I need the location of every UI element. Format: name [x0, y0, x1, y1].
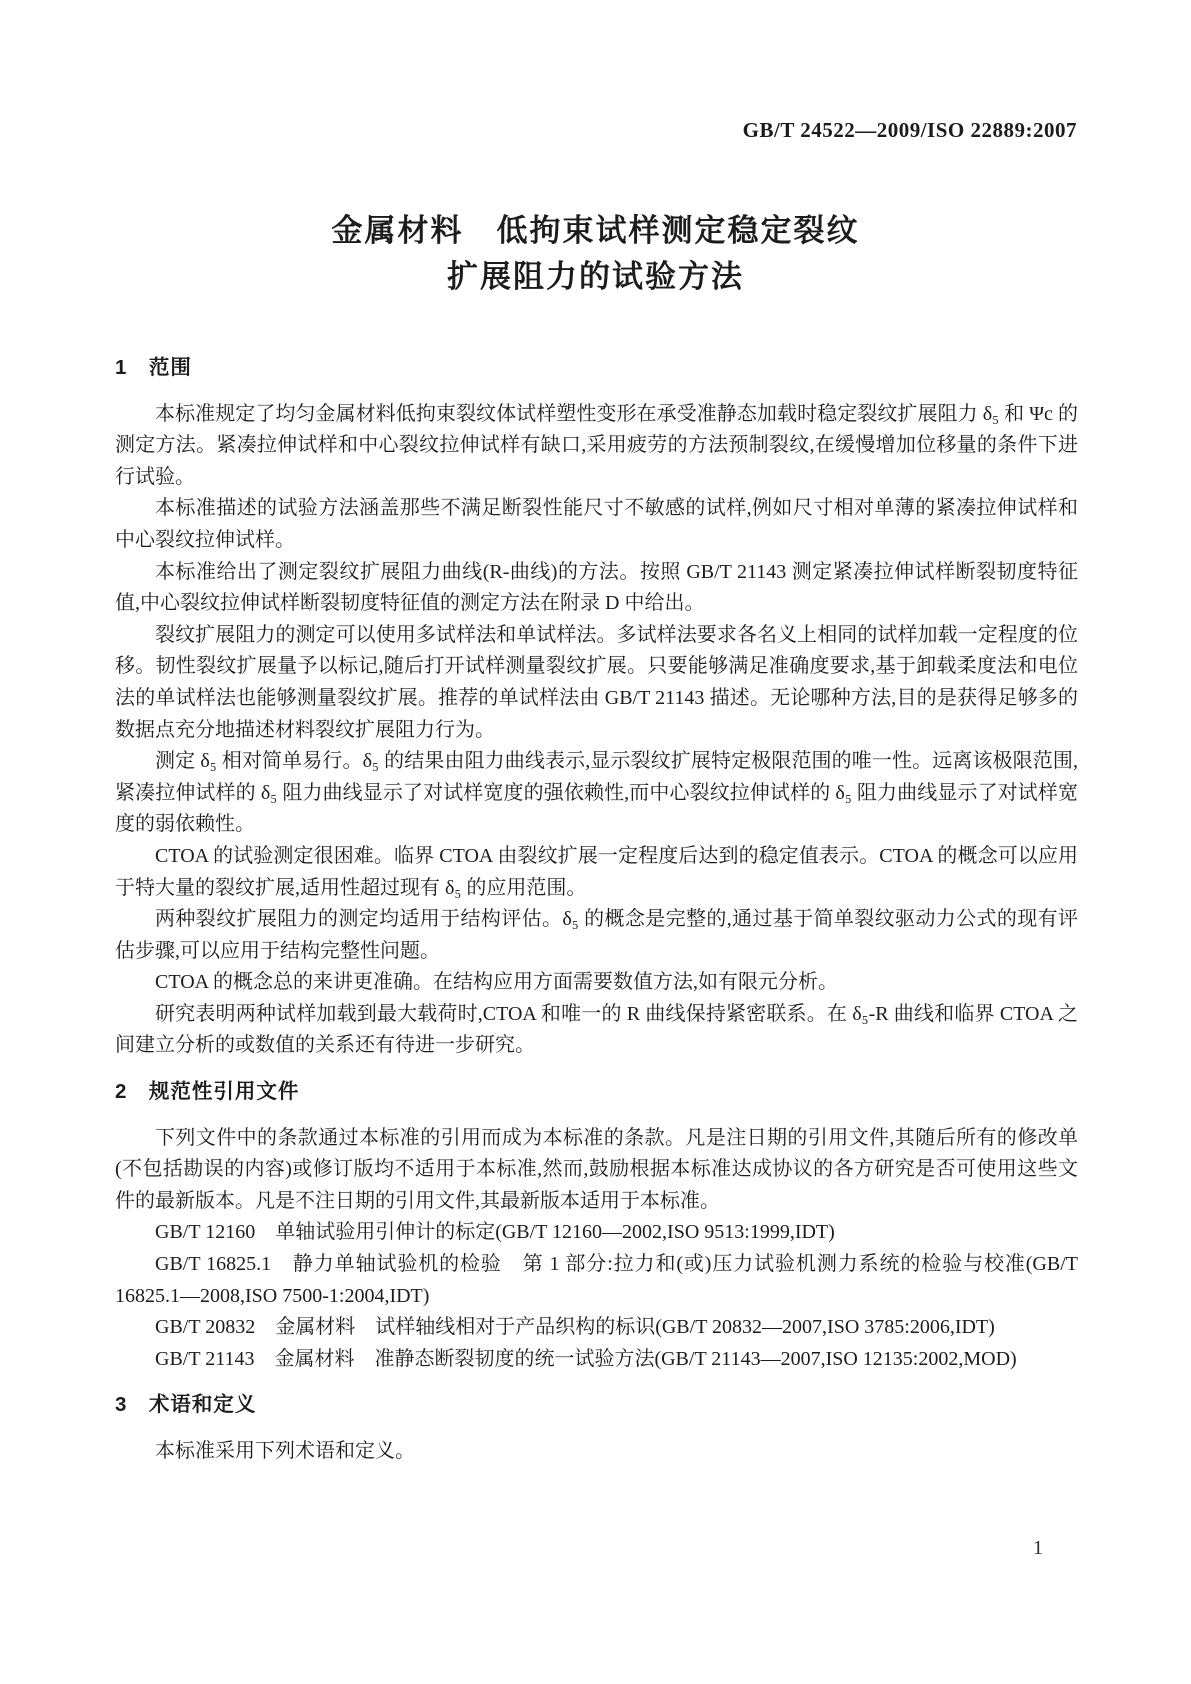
standard-number: GB/T 24522—2009/ISO 22889:2007: [743, 118, 1077, 143]
document-title: 金属材料 低拘束试样测定稳定裂纹 扩展阻力的试验方法: [0, 208, 1191, 300]
section-1-paragraph: 本标准规定了均匀金属材料低拘束裂纹体试样塑性变形在承受准静态加载时稳定裂纹扩展阻…: [115, 399, 1078, 494]
section-1-paragraph: 裂纹扩展阻力的测定可以使用多试样法和单试样法。多试样法要求各名义上相同的试样加载…: [115, 620, 1078, 746]
document-title-line2: 扩展阻力的试验方法: [0, 254, 1191, 300]
reference-item: GB/T 21143 金属材料 准静态断裂韧度的统一试验方法(GB/T 2114…: [115, 1344, 1078, 1376]
section-1-paragraph: CTOA 的概念总的来讲更准确。在结构应用方面需要数值方法,如有限元分析。: [115, 967, 1078, 999]
section-1-paragraph: 本标准描述的试验方法涵盖那些不满足断裂性能尺寸不敏感的试样,例如尺寸相对单薄的紧…: [115, 493, 1078, 556]
document-page: GB/T 24522—2009/ISO 22889:2007 金属材料 低拘束试…: [0, 0, 1191, 1684]
section-1-paragraph: 研究表明两种试样加载到最大载荷时,CTOA 和唯一的 R 曲线保持紧密联系。在 …: [115, 999, 1078, 1062]
section-1-heading: 1 范围: [115, 352, 1078, 384]
section-1-paragraph: 本标准给出了测定裂纹扩展阻力曲线(R-曲线)的方法。按照 GB/T 21143 …: [115, 557, 1078, 620]
reference-item: GB/T 16825.1 静力单轴试验机的检验 第 1 部分:拉力和(或)压力试…: [115, 1249, 1078, 1312]
document-title-line1: 金属材料 低拘束试样测定稳定裂纹: [0, 208, 1191, 254]
reference-item: GB/T 20832 金属材料 试样轴线相对于产品织构的标识(GB/T 2083…: [115, 1312, 1078, 1344]
section-3-heading: 3 术语和定义: [115, 1389, 1078, 1421]
section-1-paragraph: 两种裂纹扩展阻力的测定均适用于结构评估。δ₅ 的概念是完整的,通过基于简单裂纹驱…: [115, 904, 1078, 967]
section-3-paragraph: 本标准采用下列术语和定义。: [115, 1436, 1078, 1468]
section-2-intro: 下列文件中的条款通过本标准的引用而成为本标准的条款。凡是注日期的引用文件,其随后…: [115, 1123, 1078, 1218]
document-body: 1 范围 本标准规定了均匀金属材料低拘束裂纹体试样塑性变形在承受准静态加载时稳定…: [115, 352, 1078, 1468]
section-1-paragraph: 测定 δ₅ 相对简单易行。δ₅ 的结果由阻力曲线表示,显示裂纹扩展特定极限范围的…: [115, 746, 1078, 841]
reference-item: GB/T 12160 单轴试验用引伸计的标定(GB/T 12160—2002,I…: [115, 1217, 1078, 1249]
page-number: 1: [1033, 1537, 1043, 1560]
section-2-heading: 2 规范性引用文件: [115, 1076, 1078, 1108]
section-1-paragraph: CTOA 的试验测定很困难。临界 CTOA 由裂纹扩展一定程度后达到的稳定值表示…: [115, 841, 1078, 904]
